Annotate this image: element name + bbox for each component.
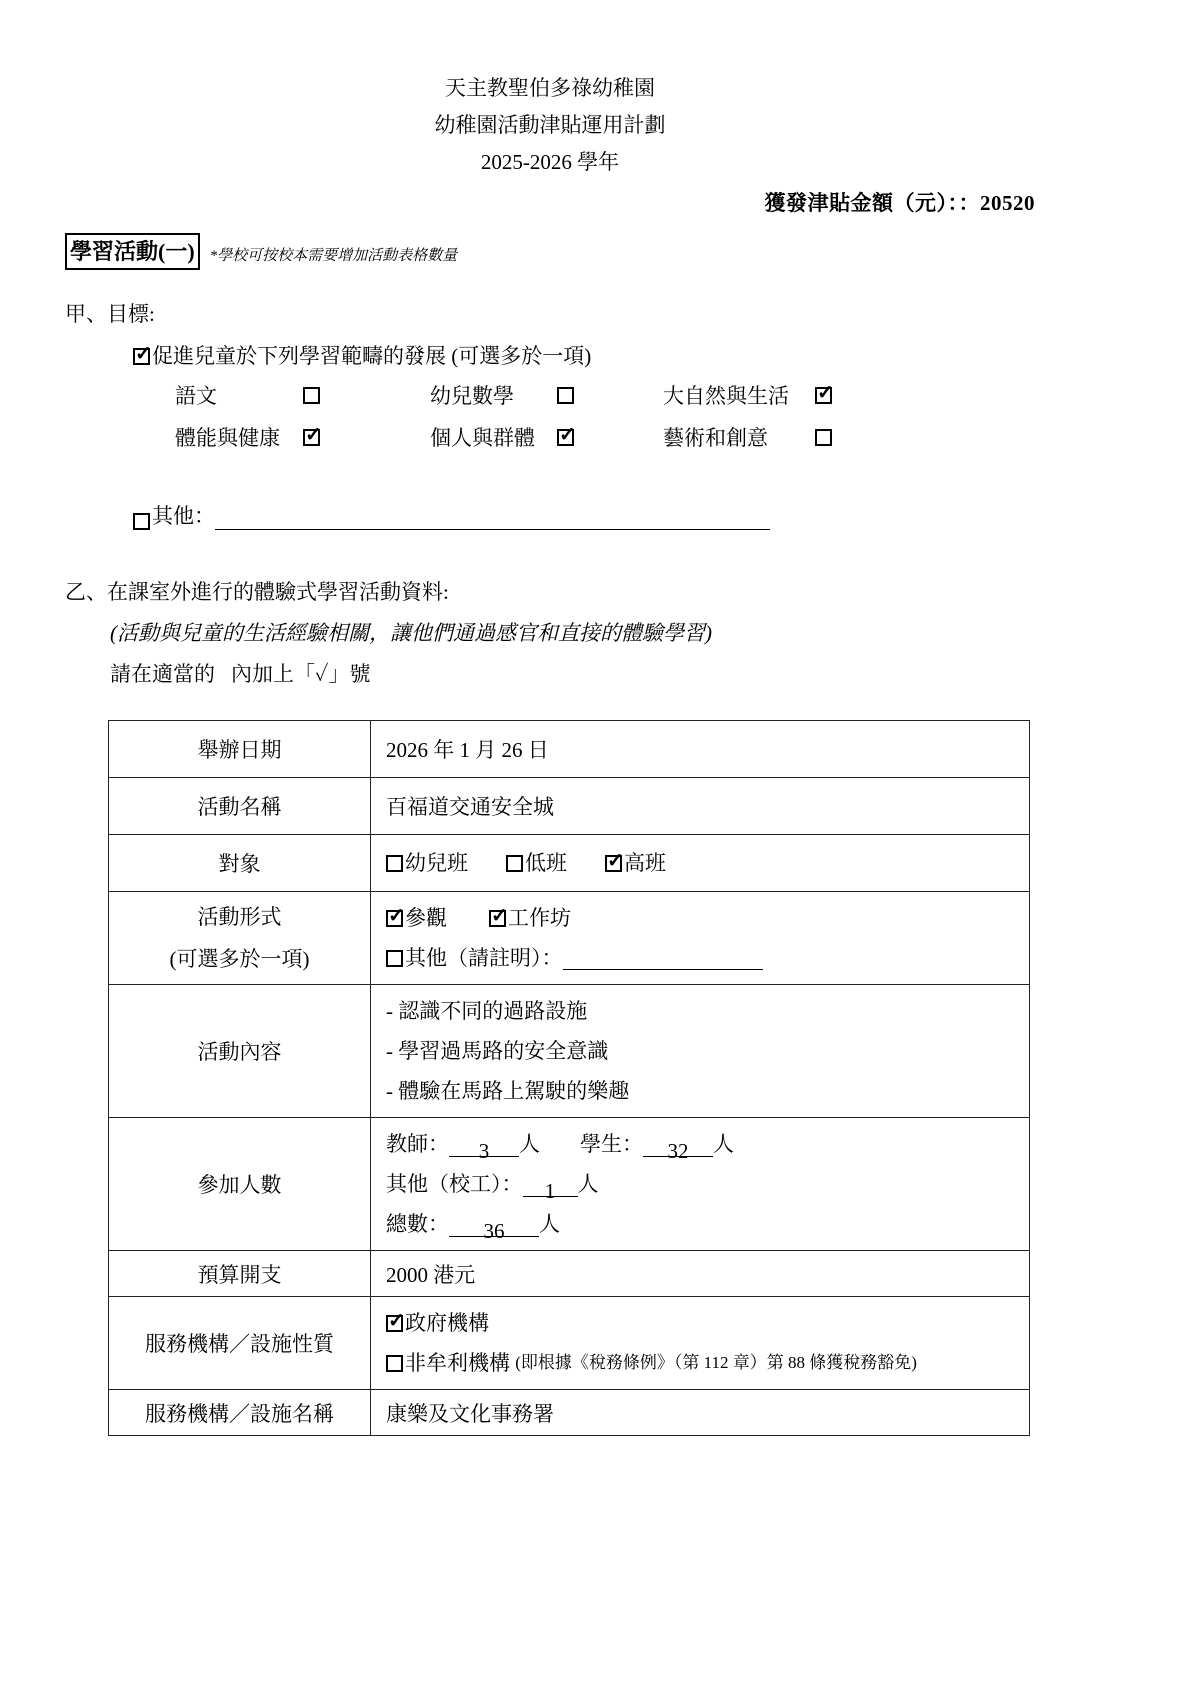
domain-arts-creativity: 藝術和創意 xyxy=(663,422,933,452)
org-name-label: 服務機構／設施名稱 xyxy=(109,1390,371,1436)
other-objective-checkbox[interactable] xyxy=(133,513,150,530)
total-count-blank[interactable]: 36 xyxy=(449,1211,539,1237)
budget-value: 2000 港元 xyxy=(371,1251,1030,1297)
unit-text: 人 xyxy=(578,1164,599,1204)
content-line-1: - 認識不同的過路設施 xyxy=(386,991,1019,1031)
org-nature-label: 服務機構／設施性質 xyxy=(109,1297,371,1390)
other-objective-line: 其他： xyxy=(133,500,1035,530)
format-checkbox-workshop[interactable] xyxy=(489,910,506,927)
target-option-lower: 低班 xyxy=(506,843,567,883)
grant-amount: 獲發津貼金額（元）：：20520 xyxy=(65,187,1035,217)
content-line-2: - 學習過馬路的安全意識 xyxy=(386,1031,1019,1071)
activity-section-title: 學習活動(一) xyxy=(65,233,200,270)
domain-checkbox-self-society[interactable] xyxy=(557,429,574,446)
format-checkbox-visit[interactable] xyxy=(386,910,403,927)
domain-label: 幼兒數學 xyxy=(430,380,557,410)
section-heading: 學習活動(一) *學校可按校本需要增加活動表格數量 xyxy=(65,233,1035,270)
table-row-date: 舉辦日期 2026 年 1 月 26 日 xyxy=(109,721,1030,778)
domain-checkbox-early-math[interactable] xyxy=(557,387,574,404)
instruction-suffix: 內加上「✓」號 xyxy=(231,658,371,688)
target-option-label: 幼兒班 xyxy=(405,843,468,883)
domain-checkbox-arts-creativity[interactable] xyxy=(815,429,832,446)
org-name-value: 康樂及文化事務署 xyxy=(371,1390,1030,1436)
org-nature-gov-label: 政府機構 xyxy=(405,1303,489,1343)
domain-languages: 語文 xyxy=(175,380,430,410)
table-row-budget: 預算開支 2000 港元 xyxy=(109,1251,1030,1297)
table-row-org-nature: 服務機構／設施性質 政府機構 非牟利機構 (即根據《稅務條例》（第 112 章）… xyxy=(109,1297,1030,1390)
unit-text: 人 xyxy=(539,1204,560,1244)
format-option-label: 工作坊 xyxy=(508,898,571,938)
table-row-org-name: 服務機構／設施名稱 康樂及文化事務署 xyxy=(109,1390,1030,1436)
format-other-label: 其他（請註明）： xyxy=(405,938,563,978)
school-year: 2025-2026 學年 xyxy=(65,144,1035,181)
form-page: 天主教聖伯多祿幼稚園 幼稚園活動津貼運用計劃 2025-2026 學年 獲發津貼… xyxy=(0,0,1200,1436)
org-nature-checkbox-gov[interactable] xyxy=(386,1315,403,1332)
plan-title: 幼稚園活動津貼運用計劃 xyxy=(65,107,1035,144)
part-b-instruction: 請在適當的 內加上「✓」號 xyxy=(110,658,1035,688)
instruction-prefix: 請在適當的 xyxy=(110,658,215,688)
teacher-count-blank[interactable]: 3 xyxy=(449,1131,519,1157)
unit-text: 人 xyxy=(713,1124,734,1164)
domain-label: 個人與群體 xyxy=(430,422,557,452)
other-objective-blank[interactable] xyxy=(215,506,770,530)
activity-detail-table: 舉辦日期 2026 年 1 月 26 日 活動名稱 百福道交通安全城 對象 幼兒… xyxy=(108,720,1030,1436)
objective-text: 促進兒童於下列學習範疇的發展 (可選多於一項) xyxy=(152,344,591,368)
format-checkbox-other[interactable] xyxy=(386,950,403,967)
domain-checkbox-languages[interactable] xyxy=(303,387,320,404)
domain-label: 體能與健康 xyxy=(175,422,303,452)
student-count-blank[interactable]: 32 xyxy=(643,1131,713,1157)
activity-name-value: 百福道交通安全城 xyxy=(371,778,1030,835)
target-checkbox-nursery[interactable] xyxy=(386,855,403,872)
domain-label: 藝術和創意 xyxy=(663,422,815,452)
domain-checkbox-physical-health[interactable] xyxy=(303,429,320,446)
date-value: 2026 年 1 月 26 日 xyxy=(371,721,1030,778)
format-option-visit: 參觀 xyxy=(386,898,447,938)
target-options: 幼兒班 低班 高班 xyxy=(371,835,1030,892)
part-b-note: (活動與兒童的生活經驗相關，讓他們通過感官和直接的體驗學習) xyxy=(110,617,1035,647)
table-row-target: 對象 幼兒班 低班 高班 xyxy=(109,835,1030,892)
content-line-3: - 體驗在馬路上駕駛的樂趣 xyxy=(386,1071,1019,1111)
org-nature-ngo-label: 非牟利機構 xyxy=(405,1343,510,1383)
org-nature-ngo-note: (即根據《稅務條例》（第 112 章）第 88 條獲稅務豁免) xyxy=(515,1343,917,1383)
section-note: *學校可按校本需要增加活動表格數量 xyxy=(210,244,458,265)
other-objective-label: 其他： xyxy=(152,500,215,530)
participants-label: 參加人數 xyxy=(109,1118,371,1251)
target-option-label: 低班 xyxy=(525,843,567,883)
table-row-activity-name: 活動名稱 百福道交通安全城 xyxy=(109,778,1030,835)
domain-self-society: 個人與群體 xyxy=(430,422,663,452)
part-b-heading: 乙、在課室外進行的體驗式學習活動資料: xyxy=(65,576,1035,606)
target-option-nursery: 幼兒班 xyxy=(386,843,468,883)
domain-nature-living: 大自然與生活 xyxy=(663,380,933,410)
budget-label: 預算開支 xyxy=(109,1251,371,1297)
format-label-cell: 活動形式 (可選多於一項) xyxy=(109,892,371,985)
domain-checkbox-nature-living[interactable] xyxy=(815,387,832,404)
student-count-label: 學生： xyxy=(580,1124,643,1164)
total-count-label: 總數： xyxy=(386,1204,449,1244)
form-header: 天主教聖伯多祿幼稚園 幼稚園活動津貼運用計劃 2025-2026 學年 xyxy=(65,70,1035,181)
target-checkbox-lower[interactable] xyxy=(506,855,523,872)
format-label: 活動形式 xyxy=(113,896,366,938)
objective-checkbox[interactable] xyxy=(133,348,150,365)
format-options-cell: 參觀 工作坊 其他（請註明）： xyxy=(371,892,1030,985)
target-option-label: 高班 xyxy=(624,843,666,883)
activity-name-label: 活動名稱 xyxy=(109,778,371,835)
participants-cell: 教師：3人 學生：32人 其他（校工）：1人 總數：36人 xyxy=(371,1118,1030,1251)
format-sublabel: (可選多於一項) xyxy=(113,938,366,980)
domain-label: 大自然與生活 xyxy=(663,380,815,410)
other-count-label: 其他（校工）： xyxy=(386,1164,523,1204)
part-a-heading: 甲、目標: xyxy=(65,298,1035,328)
other-count-blank[interactable]: 1 xyxy=(523,1171,578,1197)
target-label: 對象 xyxy=(109,835,371,892)
domain-label: 語文 xyxy=(175,380,303,410)
org-nature-cell: 政府機構 非牟利機構 (即根據《稅務條例》（第 112 章）第 88 條獲稅務豁… xyxy=(371,1297,1030,1390)
content-label: 活動內容 xyxy=(109,985,371,1118)
table-row-participants: 參加人數 教師：3人 學生：32人 其他（校工）：1人 總數：36人 xyxy=(109,1118,1030,1251)
org-nature-checkbox-ngo[interactable] xyxy=(386,1355,403,1372)
target-checkbox-upper[interactable] xyxy=(605,855,622,872)
objective-line: 促進兒童於下列學習範疇的發展 (可選多於一項) xyxy=(133,340,1035,370)
unit-text: 人 xyxy=(519,1124,540,1164)
format-option-workshop: 工作坊 xyxy=(489,898,571,938)
target-option-upper: 高班 xyxy=(605,843,666,883)
content-lines: - 認識不同的過路設施 - 學習過馬路的安全意識 - 體驗在馬路上駕駛的樂趣 xyxy=(371,985,1030,1118)
teacher-count-label: 教師： xyxy=(386,1124,449,1164)
format-option-label: 參觀 xyxy=(405,898,447,938)
date-label: 舉辦日期 xyxy=(109,721,371,778)
table-row-format: 活動形式 (可選多於一項) 參觀 工作坊 其他（請註明）： xyxy=(109,892,1030,985)
learning-domain-grid: 語文 幼兒數學 大自然與生活 體能與健康 個人與群體 藝術和創意 xyxy=(175,380,1035,452)
domain-early-math: 幼兒數學 xyxy=(430,380,663,410)
domain-physical-health: 體能與健康 xyxy=(175,422,430,452)
table-row-content: 活動內容 - 認識不同的過路設施 - 學習過馬路的安全意識 - 體驗在馬路上駕駛… xyxy=(109,985,1030,1118)
format-other-blank[interactable] xyxy=(563,946,763,970)
school-name: 天主教聖伯多祿幼稚園 xyxy=(65,70,1035,107)
